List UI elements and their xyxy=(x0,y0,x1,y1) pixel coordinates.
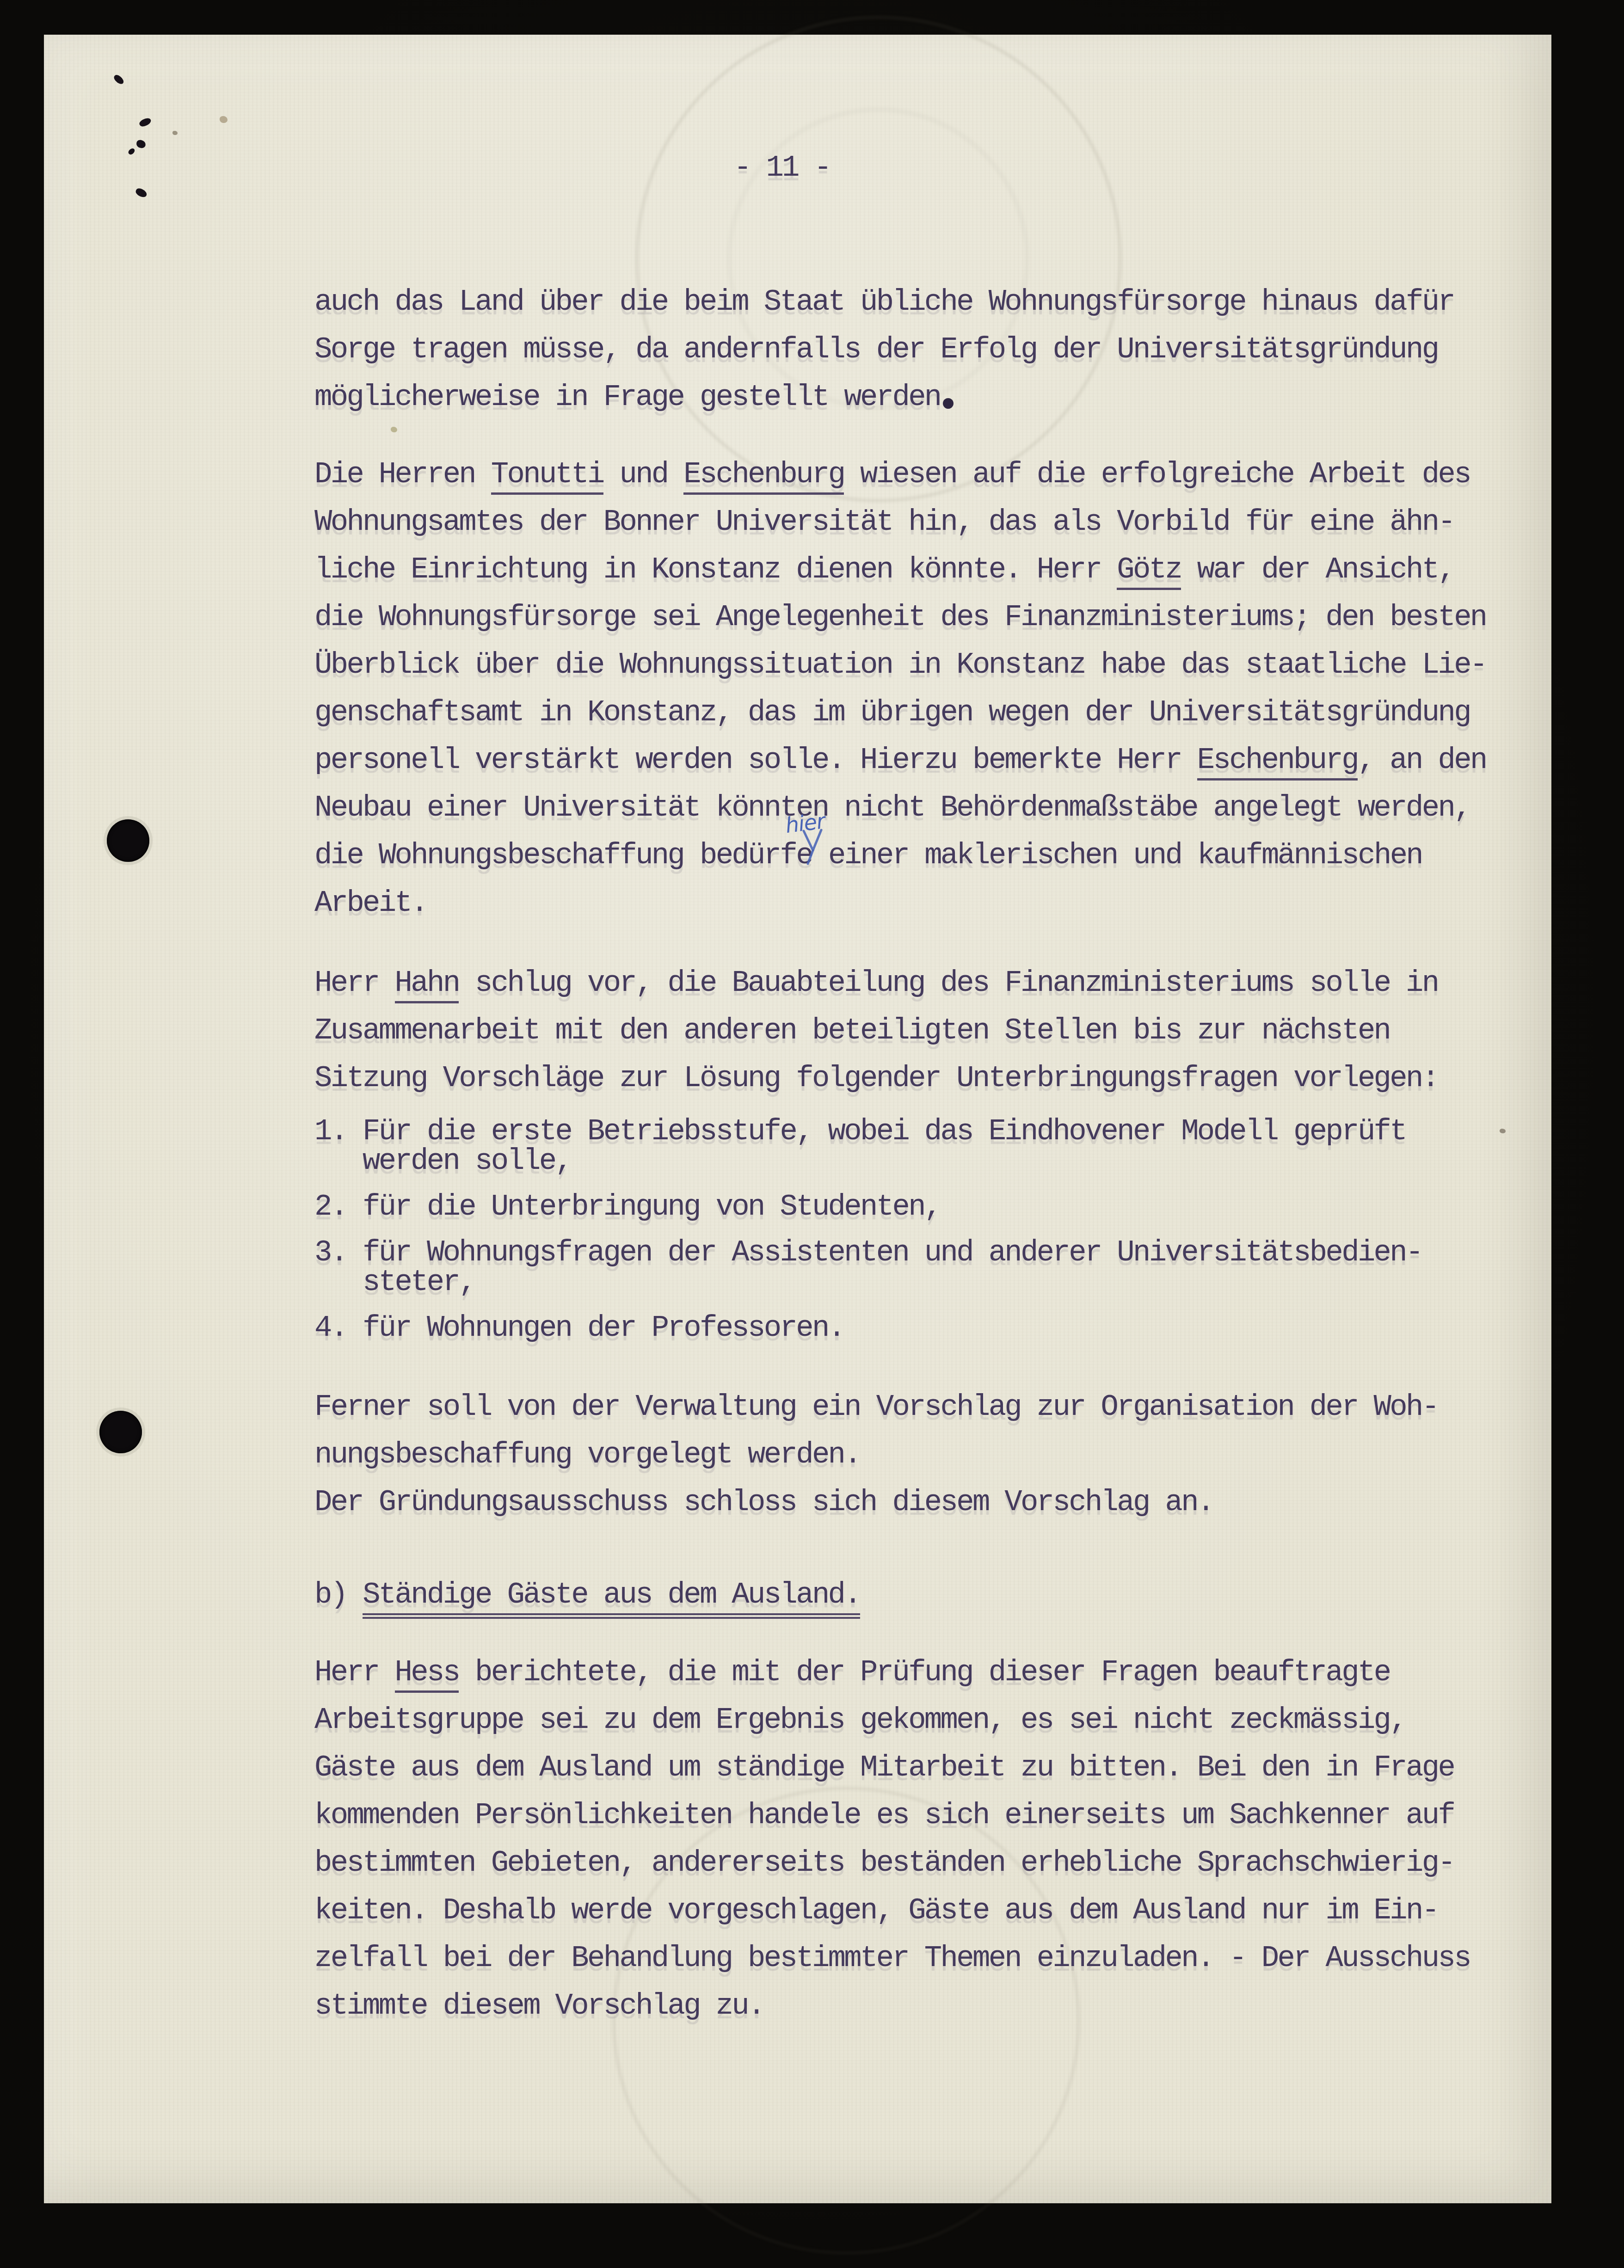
text-line: stimmte diesem Vorschlag zu. xyxy=(314,1983,1535,2030)
text-line: Wohnungsamtes der Bonner Universität hin… xyxy=(314,499,1535,547)
text-run: , an den xyxy=(1358,744,1486,777)
text-run: auch das Land über die beim Staat üblich… xyxy=(314,286,1454,319)
text-run: einer maklerischen und kaufmännischen xyxy=(828,839,1422,873)
text-line: die Wohnungsbeschaffung bedürfehier eine… xyxy=(314,832,1535,880)
underlined-name: Götz xyxy=(1117,553,1181,590)
paper-speck xyxy=(172,131,178,135)
text-run: Zusammenarbeit mit den anderen beteiligt… xyxy=(314,1014,1390,1048)
text-run: keiten. Deshalb werde vorgeschlagen, Gäs… xyxy=(314,1894,1438,1928)
text-line: Herr Hess berichtete, die mit der Prüfun… xyxy=(314,1649,1535,1697)
text-run: Überblick über die Wohnungssituation in … xyxy=(314,649,1486,682)
text-run: 4. für Wohnungen der Professoren. xyxy=(314,1312,844,1345)
text-line: Arbeitsgruppe sei zu dem Ergebnis gekomm… xyxy=(314,1697,1535,1745)
handwritten-insertion: hier xyxy=(812,862,828,863)
text-line: kommenden Persönlichkeiten handele es si… xyxy=(314,1792,1535,1840)
punch-hole xyxy=(99,1411,142,1453)
numbered-list: 1. Für die erste Betriebsstufe, wobei da… xyxy=(314,1117,1535,1359)
text-line: liche Einrichtung in Konstanz dienen kön… xyxy=(314,547,1535,594)
text-run: war der Ansicht, xyxy=(1181,553,1454,587)
underlined-name: Tonutti xyxy=(491,458,603,495)
text-line: Die Herren Tonutti und Eschenburg wiesen… xyxy=(314,451,1535,499)
text-line: 3. für Wohnungsfragen der Assistenten un… xyxy=(314,1238,1535,1268)
staple-mark xyxy=(112,74,125,86)
text-line: b) Ständige Gäste aus dem Ausland. xyxy=(314,1572,1535,1619)
list-item: 2. für die Unterbringung von Studenten, xyxy=(314,1192,1535,1222)
paper-speck xyxy=(220,116,228,123)
text-run: Herr xyxy=(314,967,395,1000)
text-line: bestimmten Gebieten, andererseits bestän… xyxy=(314,1840,1535,1887)
text-run: und xyxy=(603,458,684,492)
text-run: möglicherweise in Frage gestellt werden xyxy=(314,381,941,414)
text-run: 2. für die Unterbringung von Studenten, xyxy=(314,1191,941,1224)
text-run: liche Einrichtung in Konstanz dienen kön… xyxy=(314,553,1117,587)
text-run: Herr xyxy=(314,1656,395,1690)
text-run: werden solle, xyxy=(363,1145,571,1178)
text-line: genschaftsamt in Konstanz, das im übrige… xyxy=(314,689,1535,737)
text-run: berichtete, die mit der Prüfung dieser F… xyxy=(459,1656,1390,1690)
underlined-name: Eschenburg xyxy=(1197,744,1358,781)
text-run: 3. für Wohnungsfragen der Assistenten un… xyxy=(314,1236,1422,1270)
text-line: Arbeit. xyxy=(314,880,1535,928)
text-run: steter, xyxy=(363,1266,475,1299)
underlined-heading: Ständige Gäste aus dem Ausland. xyxy=(363,1579,860,1619)
list-item: 4. für Wohnungen der Professoren. xyxy=(314,1314,1535,1343)
page-number: - 11 - xyxy=(734,145,830,192)
staple-mark xyxy=(135,187,148,199)
text-line: Herr Hahn schlug vor, die Bauabteilung d… xyxy=(314,960,1535,1008)
insertion-caret-icon xyxy=(802,828,823,865)
text-run: Arbeit. xyxy=(314,887,427,920)
text-run: Sorge tragen müsse, da andernfalls der E… xyxy=(314,333,1438,367)
paragraph: auch das Land über die beim Staat üblich… xyxy=(314,279,1535,422)
text-run: stimmte diesem Vorschlag zu. xyxy=(314,1990,764,2023)
paragraph: b) Ständige Gäste aus dem Ausland. xyxy=(314,1572,1535,1619)
text-line: zelfall bei der Behandlung bestimmter Th… xyxy=(314,1935,1535,1983)
text-line: Gäste aus dem Ausland um ständige Mitarb… xyxy=(314,1745,1535,1792)
underlined-name: Hess xyxy=(395,1656,459,1693)
text-run: zelfall bei der Behandlung bestimmter Th… xyxy=(314,1942,1470,1975)
text-run: Arbeitsgruppe sei zu dem Ergebnis gekomm… xyxy=(314,1704,1406,1737)
text-run: kommenden Persönlichkeiten handele es si… xyxy=(314,1799,1454,1832)
text-run: genschaftsamt in Konstanz, das im übrige… xyxy=(314,696,1470,730)
document-page: - 11 - auch das Land über die beim Staat… xyxy=(44,35,1551,2203)
text-line: die Wohnungsfürsorge sei Angelegenheit d… xyxy=(314,594,1535,642)
text-run: b) xyxy=(314,1579,363,1612)
text-run: bestimmten Gebieten, andererseits bestän… xyxy=(314,1847,1454,1880)
paper-speck xyxy=(391,427,397,432)
staple-mark xyxy=(127,147,135,156)
text-run: Gäste aus dem Ausland um ständige Mitarb… xyxy=(314,1752,1454,1785)
text-line: möglicherweise in Frage gestellt werden xyxy=(314,374,1535,422)
text-run: die Wohnungsbeschaffung bedürfe xyxy=(314,839,812,873)
text-line: Neubau einer Universität könnten nicht B… xyxy=(314,785,1535,832)
paragraph: Herr Hess berichtete, die mit der Prüfun… xyxy=(314,1649,1535,2030)
text-line: Der Gründungsausschuss schloss sich dies… xyxy=(314,1479,1535,1527)
list-item: 3. für Wohnungsfragen der Assistenten un… xyxy=(314,1238,1535,1297)
paragraph: Ferner soll von der Verwaltung ein Vorsc… xyxy=(314,1384,1535,1527)
staple-mark xyxy=(136,139,147,148)
text-line: personell verstärkt werden solle. Hierzu… xyxy=(314,737,1535,785)
text-run: Die Herren xyxy=(314,458,491,492)
text-run: schlug vor, die Bauabteilung des Finanzm… xyxy=(459,967,1438,1000)
text-line: steter, xyxy=(314,1268,1535,1297)
text-run: Neubau einer Universität könnten nicht B… xyxy=(314,792,1470,825)
text-line: keiten. Deshalb werde vorgeschlagen, Gäs… xyxy=(314,1887,1535,1935)
text-line: werden solle, xyxy=(314,1147,1535,1176)
text-line: Überblick über die Wohnungssituation in … xyxy=(314,642,1535,689)
text-line: Sitzung Vorschläge zur Lösung folgender … xyxy=(314,1055,1535,1103)
text-run: 1. Für die erste Betriebsstufe, wobei da… xyxy=(314,1115,1406,1149)
text-run: Wohnungsamtes der Bonner Universität hin… xyxy=(314,506,1454,539)
staple-mark xyxy=(138,117,152,128)
text-run: nungsbeschaffung vorgelegt werden. xyxy=(314,1438,860,1472)
underlined-name: Hahn xyxy=(395,967,459,1003)
text-run: personell verstärkt werden solle. Hierzu… xyxy=(314,744,1197,777)
text-line: Zusammenarbeit mit den anderen beteiligt… xyxy=(314,1008,1535,1055)
text-run: Sitzung Vorschläge zur Lösung folgender … xyxy=(314,1062,1438,1095)
text-line: nungsbeschaffung vorgelegt werden. xyxy=(314,1432,1535,1479)
text-line: 1. Für die erste Betriebsstufe, wobei da… xyxy=(314,1117,1535,1147)
punch-hole xyxy=(107,819,149,862)
text-line: Sorge tragen müsse, da andernfalls der E… xyxy=(314,326,1535,374)
paragraph: Die Herren Tonutti und Eschenburg wiesen… xyxy=(314,451,1535,928)
text-run: Ferner soll von der Verwaltung ein Vorsc… xyxy=(314,1391,1438,1424)
underlined-name: Eschenburg xyxy=(683,458,844,495)
list-item: 1. Für die erste Betriebsstufe, wobei da… xyxy=(314,1117,1535,1176)
text-line: 2. für die Unterbringung von Studenten, xyxy=(314,1192,1535,1222)
paragraph: Herr Hahn schlug vor, die Bauabteilung d… xyxy=(314,960,1535,1103)
text-line: 4. für Wohnungen der Professoren. xyxy=(314,1314,1535,1343)
text-line: Ferner soll von der Verwaltung ein Vorsc… xyxy=(314,1384,1535,1432)
text-line: auch das Land über die beim Staat üblich… xyxy=(314,279,1535,326)
text-run: Der Gründungsausschuss schloss sich dies… xyxy=(314,1486,1213,1519)
text-run: die Wohnungsfürsorge sei Angelegenheit d… xyxy=(314,601,1486,634)
text-run: wiesen auf die erfolgreiche Arbeit des xyxy=(844,458,1470,492)
